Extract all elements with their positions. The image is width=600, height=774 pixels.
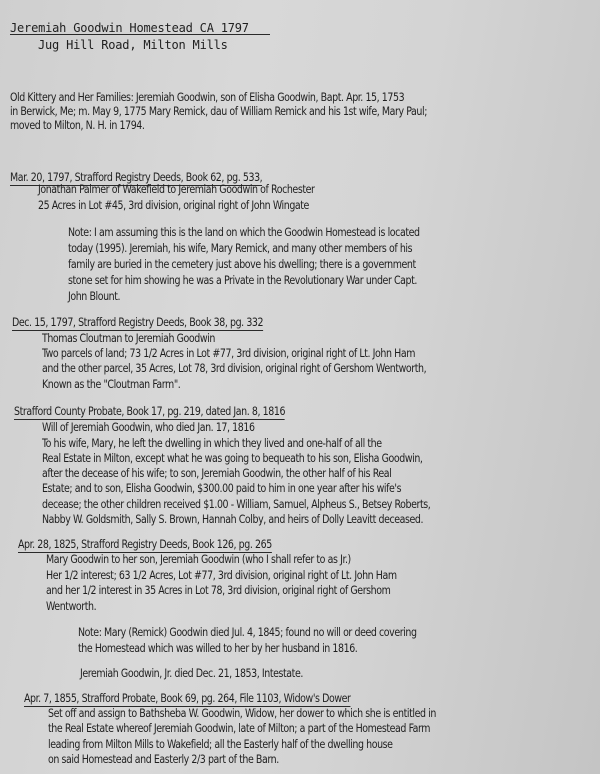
entry-line: after the decease of his wife; to son, J…	[42, 467, 391, 480]
entry-line: Two parcels of land; 73 1/2 Acres in Lot…	[42, 347, 415, 360]
entry-heading: Dec. 15, 1797, Strafford Registry Deeds,…	[12, 316, 263, 331]
title-underline	[10, 34, 270, 35]
entry-line: and her 1/2 interest in 35 Acres in Lot …	[46, 584, 390, 597]
entry-line: Her 1/2 interest; 63 1/2 Acres, Lot #77,…	[46, 569, 397, 582]
entry-heading: Strafford County Probate, Book 17, pg. 2…	[14, 405, 285, 420]
entry-line: the Real Estate whereof Jeremiah Goodwin…	[48, 722, 430, 735]
entry-note-line: Note: I am assuming this is the land on …	[68, 226, 420, 239]
entry-note-line: the Homestead which was willed to her by…	[78, 642, 357, 655]
entry-line: 25 Acres in Lot #45, 3rd division, origi…	[38, 199, 309, 212]
entry-note-line: Note: Mary (Remick) Goodwin died Jul. 4,…	[78, 626, 417, 639]
entry-note-line: today (1995). Jeremiah, his wife, Mary R…	[68, 242, 412, 255]
document-subtitle: Jug Hill Road, Milton Mills	[38, 39, 228, 52]
entry-note-line: John Blount.	[68, 290, 120, 303]
entry-line: To his wife, Mary, he left the dwelling …	[42, 437, 382, 450]
entry-line: Set off and assign to Bathsheba W. Goodw…	[48, 707, 436, 720]
intro-line: Old Kittery and Her Families: Jeremiah G…	[10, 91, 404, 104]
entry-line: and the other parcel, 35 Acres, Lot 78, …	[42, 362, 426, 375]
entry-note-line: stone set for him showing he was a Priva…	[68, 274, 417, 287]
intro-line: in Berwick, Me; m. May 9, 1775 Mary Remi…	[10, 105, 427, 118]
entry-line: Known as the "Cloutman Farm".	[42, 378, 180, 391]
entry-line: Nabby W. Goldsmith, Sally S. Brown, Hann…	[42, 513, 423, 526]
entry-note-line: family are buried in the cemetery just a…	[68, 258, 416, 271]
entry-line: Will of Jeremiah Goodwin, who died Jan. …	[42, 421, 255, 434]
document-page: Jeremiah Goodwin Homestead CA 1797 Jug H…	[0, 0, 600, 774]
entry-line: decease; the other children received $1.…	[42, 498, 430, 511]
entry-note-line: Jeremiah Goodwin, Jr. died Dec. 21, 1853…	[80, 667, 303, 680]
entry-line: leading from Milton Mills to Wakefield; …	[48, 738, 393, 751]
entry-line: Mary Goodwin to her son, Jeremiah Goodwi…	[46, 553, 351, 566]
entry-line: Thomas Cloutman to Jeremiah Goodwin	[42, 332, 215, 345]
entry-line: on said Homestead and Easterly 2/3 part …	[48, 753, 279, 766]
entry-line: Estate; and to son, Elisha Goodwin, $300…	[42, 482, 401, 495]
entry-line: Wentworth.	[46, 600, 96, 613]
entry-heading: Apr. 28, 1825, Strafford Registry Deeds,…	[18, 538, 272, 553]
entry-line: Jonathan Palmer of Wakefield to Jeremiah…	[38, 183, 314, 196]
entry-line: Real Estate in Milton, except what he wa…	[42, 452, 423, 465]
intro-line: moved to Milton, N. H. in 1794.	[10, 119, 144, 132]
entry-heading: Apr. 7, 1855, Strafford Probate, Book 69…	[24, 692, 351, 707]
